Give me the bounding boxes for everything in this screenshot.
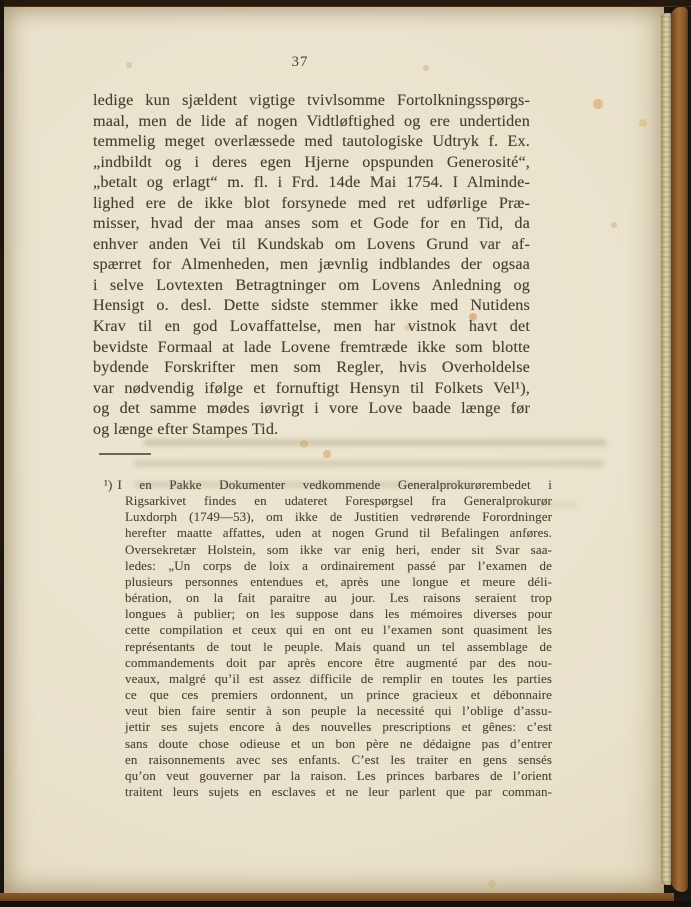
footnote-line: cette compilation et ceux qui en ont eu … bbox=[104, 622, 552, 638]
footnote: ¹)I en Pakke Dokumenter vedkommende Gene… bbox=[104, 477, 552, 800]
body-line: misser, hvad der maa anses som et Gode f… bbox=[93, 213, 530, 234]
footnote-line: Rigsarkivet findes en udateret Forespørg… bbox=[104, 493, 552, 509]
body-line: spærret for Almenheden, men jævnlig indb… bbox=[93, 254, 530, 275]
body-line: og længe efter Stampes Tid. bbox=[93, 419, 530, 440]
body-line: „betalt og erlagt“ m. fl. i Frd. 14de Ma… bbox=[93, 172, 530, 193]
body-line: „indbildt og i deres egen Hjerne opspund… bbox=[93, 152, 530, 173]
body-line: bydende Forskrifter men som Regler, hvis… bbox=[93, 357, 530, 378]
footnote-line: en raisonnements avec ses enfants. C’est… bbox=[104, 752, 552, 768]
cover-edge-bottom bbox=[0, 901, 691, 907]
footnote-line: traitent leurs sujets en esclaves et ne … bbox=[104, 784, 552, 800]
body-line: enhver anden Vei til Kundskab om Lovens … bbox=[93, 234, 530, 255]
footnote-line: représentants de tout le peuple. Mais qu… bbox=[104, 639, 552, 655]
footnote-line: veut bien faire sentir à son peuple la n… bbox=[104, 703, 552, 719]
footnote-line: plusieurs personnes entendues et, après … bbox=[104, 574, 552, 590]
footnote-line: commandements doit par après encore être… bbox=[104, 655, 552, 671]
footnote-line: herefter maatte affattes, uden at nogen … bbox=[104, 525, 552, 541]
body-line: maal, men de lide af nogen Vidtløftighed… bbox=[93, 111, 530, 132]
body-text: ledige kun sjældent vigtige tvivlsomme F… bbox=[93, 90, 530, 439]
footnote-rule bbox=[99, 453, 151, 455]
footnote-line: ce que ces premiers ordonnent, un prince… bbox=[104, 687, 552, 703]
body-line: Krav til en god Lovaffattelse, men har v… bbox=[93, 316, 530, 337]
footnote-line: sans doute chose odieuse et un bon père … bbox=[104, 736, 552, 752]
footnote-line-text: I en Pakke Dokumenter vedkommende Genera… bbox=[117, 477, 552, 492]
footnote-line: ledes: „Un corps de loix a ordinairement… bbox=[104, 558, 552, 574]
footnote-line: veaux, malgré qu’il est assez difficile … bbox=[104, 671, 552, 687]
body-line: i selve Lovtexten Betragtninger om Loven… bbox=[93, 275, 530, 296]
footnote-line: longues à publier; on les suppose dans l… bbox=[104, 606, 552, 622]
body-line: Hensigt o. desl. Dette sidste stemmer ik… bbox=[93, 295, 530, 316]
body-line: bevidste Formaal at lade Lovene fremtræd… bbox=[93, 337, 530, 358]
body-line: ledige kun sjældent vigtige tvivlsomme F… bbox=[93, 90, 530, 111]
footnote-line: qu’on veut gouverner par la raison. Les … bbox=[104, 768, 552, 784]
leather-cover-edge bbox=[671, 7, 688, 892]
body-line: lighed ere de ikke blot forsynede med re… bbox=[93, 193, 530, 214]
cover-edge-top bbox=[0, 0, 691, 7]
body-line: og det samme mødes iøvrigt i vore Love b… bbox=[93, 398, 530, 419]
page-number: 37 bbox=[60, 54, 540, 71]
footnote-line: bération, on la fait paraitre au jour. L… bbox=[104, 590, 552, 606]
body-line: var nødvendig ifølge et fornuftigt Hensy… bbox=[93, 378, 530, 399]
footnote-line: ¹)I en Pakke Dokumenter vedkommende Gene… bbox=[104, 477, 552, 493]
bleedthrough-line bbox=[144, 439, 606, 446]
cover-edge-left bbox=[0, 0, 4, 907]
footnote-marker: ¹) bbox=[104, 477, 117, 492]
book-fore-edge-pages bbox=[661, 13, 671, 885]
bleedthrough-line bbox=[134, 460, 604, 467]
footnote-line: Luxdorph (1749—53), om ikke de Justitien… bbox=[104, 509, 552, 525]
footnote-line: Oversekretær Holstein, som ikke var enig… bbox=[104, 542, 552, 558]
footnote-line: jettir ses sujets encore à des nouvelles… bbox=[104, 719, 552, 735]
body-line: temmelig meget overlæssede med tautologi… bbox=[93, 131, 530, 152]
